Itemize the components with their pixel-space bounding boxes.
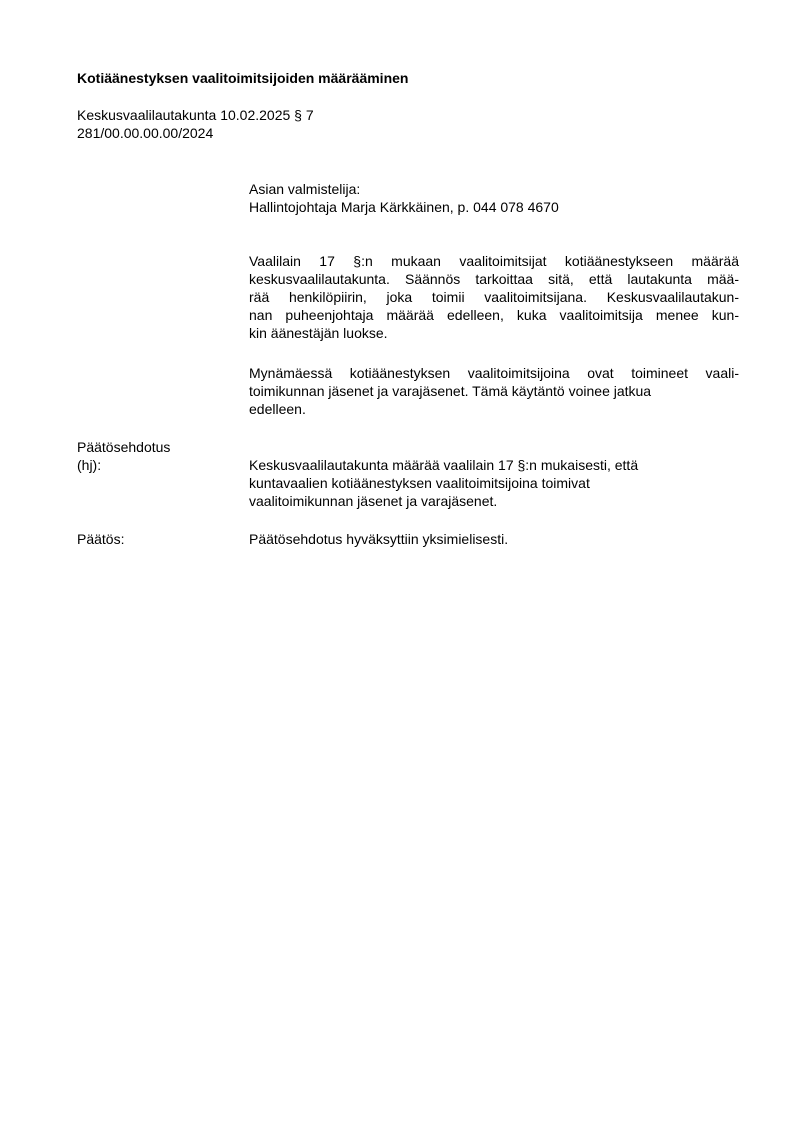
paragraph-line: toimikunnan jäsenet ja varajäsenet. Tämä… xyxy=(249,382,739,400)
proposal-line: Keskusvaalilautakunta määrää vaalilain 1… xyxy=(249,456,638,474)
paragraph-line: nan puheenjohtaja määrää edelleen, kuka … xyxy=(249,306,739,324)
preparer-value: Hallintojohtaja Marja Kärkkäinen, p. 044… xyxy=(249,198,559,216)
meeting-info: Keskusvaalilautakunta 10.02.2025 § 7 xyxy=(77,106,314,124)
paragraph-line: edelleen. xyxy=(249,400,739,418)
proposal-line: vaalitoimikunnan jäsenet ja varajäsenet. xyxy=(249,492,638,510)
document-title: Kotiäänestyksen vaalitoimitsijoiden määr… xyxy=(77,69,408,87)
proposal-line: kuntavaalien kotiäänestyksen vaalitoimit… xyxy=(249,474,638,492)
paragraph-line: Mynämäessä kotiäänestyksen vaalitoimitsi… xyxy=(249,364,739,382)
proposal-label-line1: Päätösehdotus xyxy=(77,438,170,456)
proposal-label-line2: (hj): xyxy=(77,456,101,474)
decision-label: Päätös: xyxy=(77,530,124,548)
proposal-text: Keskusvaalilautakunta määrää vaalilain 1… xyxy=(249,456,638,510)
background-paragraph-2: Mynämäessä kotiäänestyksen vaalitoimitsi… xyxy=(249,364,739,418)
preparer-label: Asian valmistelija: xyxy=(249,180,360,198)
background-paragraph-1: Vaalilain 17 §:n mukaan vaalitoimitsijat… xyxy=(249,252,739,342)
decision-value: Päätösehdotus hyväksyttiin yksimielisest… xyxy=(249,530,508,548)
paragraph-line: keskusvaalilautakunta. Säännös tarkoitta… xyxy=(249,270,739,288)
paragraph-line: Vaalilain 17 §:n mukaan vaalitoimitsijat… xyxy=(249,252,739,270)
record-number: 281/00.00.00.00/2024 xyxy=(77,124,213,142)
paragraph-line: kin äänestäjän luokse. xyxy=(249,324,739,342)
paragraph-line: rää henkilöpiirin, joka toimii vaalitoim… xyxy=(249,288,739,306)
